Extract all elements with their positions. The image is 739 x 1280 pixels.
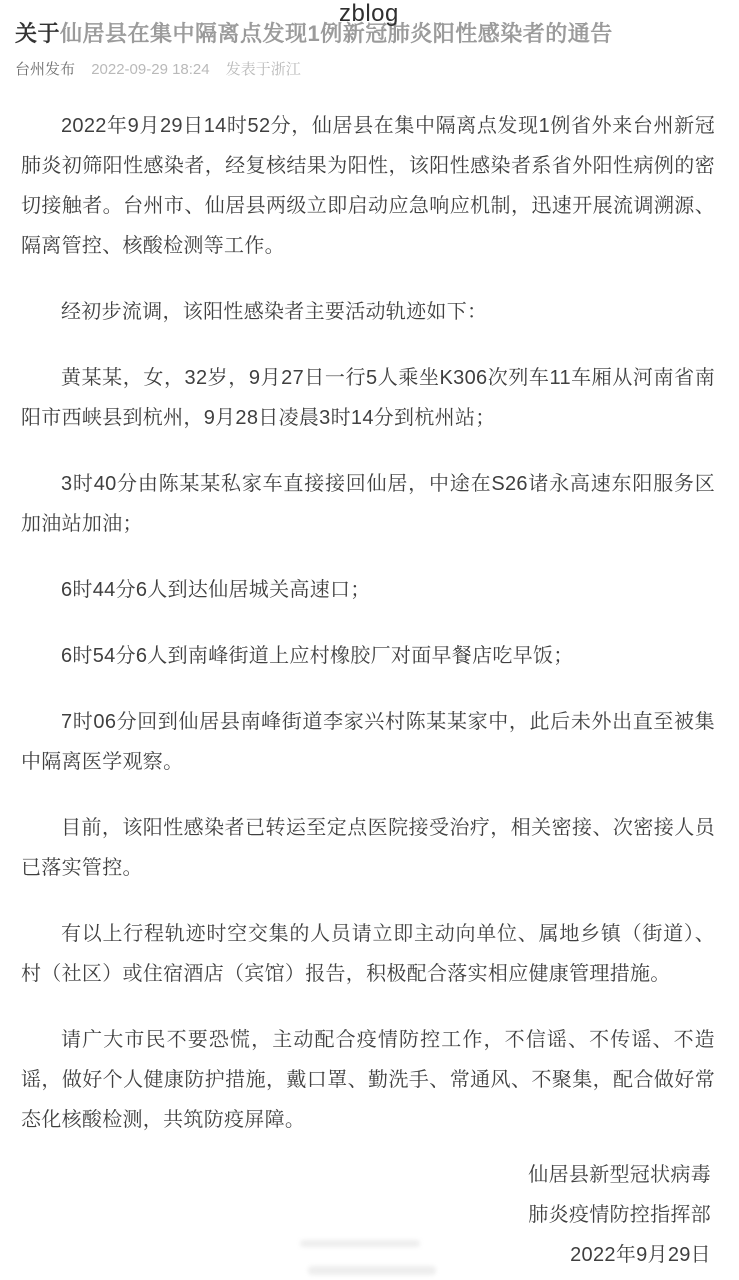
article-meta: 台州发布 2022-09-29 18:24 发表于浙江 <box>15 59 715 80</box>
paragraph: 黄某某，女，32岁，9月27日一行5人乘坐K306次列车11车厢从河南省南阳市西… <box>21 358 715 438</box>
paragraph: 6时54分6人到南峰街道上应村橡胶厂对面早餐店吃早饭； <box>21 636 715 676</box>
page-title-prefix: 关于 <box>15 21 60 46</box>
paragraph: 3时40分由陈某某私家车直接接回仙居，中途在S26诸永高速东阳服务区加油站加油； <box>21 464 715 544</box>
paragraph: 经初步流调，该阳性感染者主要活动轨迹如下： <box>21 292 715 332</box>
faint-watermark-smudge <box>308 1266 436 1275</box>
account-name[interactable]: 台州发布 <box>15 61 75 78</box>
paragraph: 6时44分6人到达仙居城关高速口； <box>21 570 715 610</box>
paragraph: 请广大市民不要恐慌，主动配合疫情防控工作，不信谣、不传谣、不造谣，做好个人健康防… <box>21 1020 715 1140</box>
signature-line: 肺炎疫情防控指挥部 <box>21 1195 711 1235</box>
paragraph: 目前，该阳性感染者已转运至定点医院接受治疗，相关密接、次密接人员已落实管控。 <box>21 808 715 888</box>
paragraph: 2022年9月29日14时52分，仙居县在集中隔离点发现1例省外来台州新冠肺炎初… <box>21 106 715 266</box>
paragraph: 有以上行程轨迹时空交集的人员请立即主动向单位、属地乡镇（街道）、村（社区）或住宿… <box>21 914 715 994</box>
paragraph: 7时06分回到仙居县南峰街道李家兴村陈某某家中，此后未外出直至被集中隔离医学观察… <box>21 702 715 782</box>
article-body: 2022年9月29日14时52分，仙居县在集中隔离点发现1例省外来台州新冠肺炎初… <box>0 106 739 1140</box>
site-watermark: zblog <box>339 0 399 28</box>
publish-location: 发表于浙江 <box>226 61 301 78</box>
article-signature: 仙居县新型冠状病毒 肺炎疫情防控指挥部 2022年9月29日 <box>0 1155 739 1275</box>
signature-line: 仙居县新型冠状病毒 <box>21 1155 711 1195</box>
page-title-main: 仙居县在集中隔离点发现1例新冠肺炎阳性感染者的通告 <box>60 21 613 46</box>
faint-watermark-smudge <box>300 1240 420 1247</box>
publish-timestamp: 2022-09-29 18:24 <box>91 61 209 78</box>
article-page: zblog 关于仙居县在集中隔离点发现1例新冠肺炎阳性感染者的通告 台州发布 2… <box>0 0 739 1280</box>
